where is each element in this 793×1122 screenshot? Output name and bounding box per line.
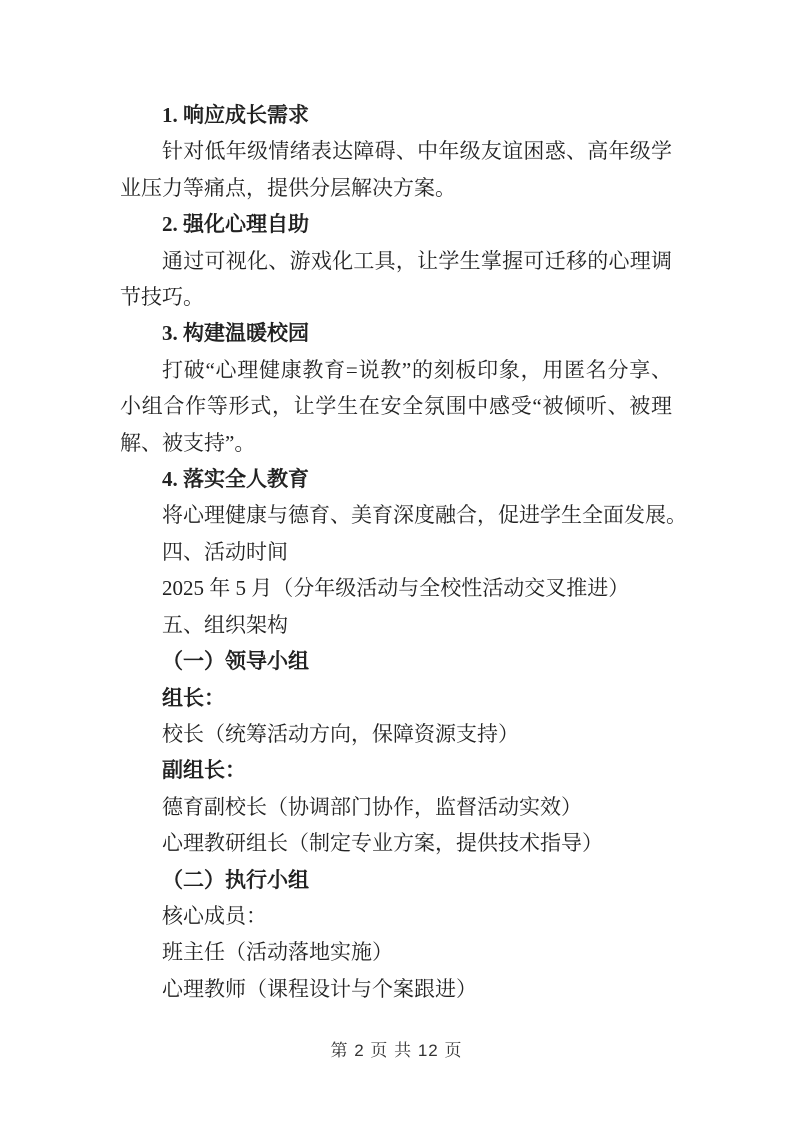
heading-line: 2. 强化心理自助	[120, 206, 672, 242]
heading-line: 1. 响应成长需求	[120, 97, 672, 133]
body-paragraph: 针对低年级情绪表达障碍、中年级友谊困惑、高年级学业压力等痛点，提供分层解决方案。	[120, 133, 672, 206]
body-paragraph: 将心理健康与德育、美育深度融合，促进学生全面发展。	[120, 497, 672, 533]
body-paragraph: 打破“心理健康教育=说教”的刻板印象，用匿名分享、小组合作等形式，让学生在安全氛…	[120, 352, 672, 461]
body-paragraph: 五、组织架构	[120, 607, 672, 643]
body-paragraph: 四、活动时间	[120, 534, 672, 570]
body-paragraph: 班主任（活动落地实施）	[120, 934, 672, 970]
body-paragraph: 心理教研组长（制定专业方案，提供技术指导）	[120, 825, 672, 861]
page-footer: 第 2 页 共 12 页	[0, 1036, 793, 1061]
heading-line: （一）领导小组	[120, 643, 672, 679]
heading-line: 4. 落实全人教育	[120, 461, 672, 497]
body-paragraph: 校长（统筹活动方向，保障资源支持）	[120, 716, 672, 752]
body-paragraph: 2025 年 5 月（分年级活动与全校性活动交叉推进）	[120, 570, 672, 606]
heading-line: 副组长：	[120, 752, 672, 788]
heading-line: 组长：	[120, 680, 672, 716]
body-paragraph: 核心成员：	[120, 898, 672, 934]
heading-line: 3. 构建温暖校园	[120, 315, 672, 351]
document-page: 1. 响应成长需求针对低年级情绪表达障碍、中年级友谊困惑、高年级学业压力等痛点，…	[0, 0, 793, 1122]
document-content: 1. 响应成长需求针对低年级情绪表达障碍、中年级友谊困惑、高年级学业压力等痛点，…	[120, 97, 672, 1007]
body-paragraph: 通过可视化、游戏化工具，让学生掌握可迁移的心理调节技巧。	[120, 243, 672, 316]
heading-line: （二）执行小组	[120, 862, 672, 898]
page-number-text: 第 2 页 共 12 页	[331, 1041, 463, 1060]
body-paragraph: 心理教师（课程设计与个案跟进）	[120, 971, 672, 1007]
body-paragraph: 德育副校长（协调部门协作，监督活动实效）	[120, 789, 672, 825]
